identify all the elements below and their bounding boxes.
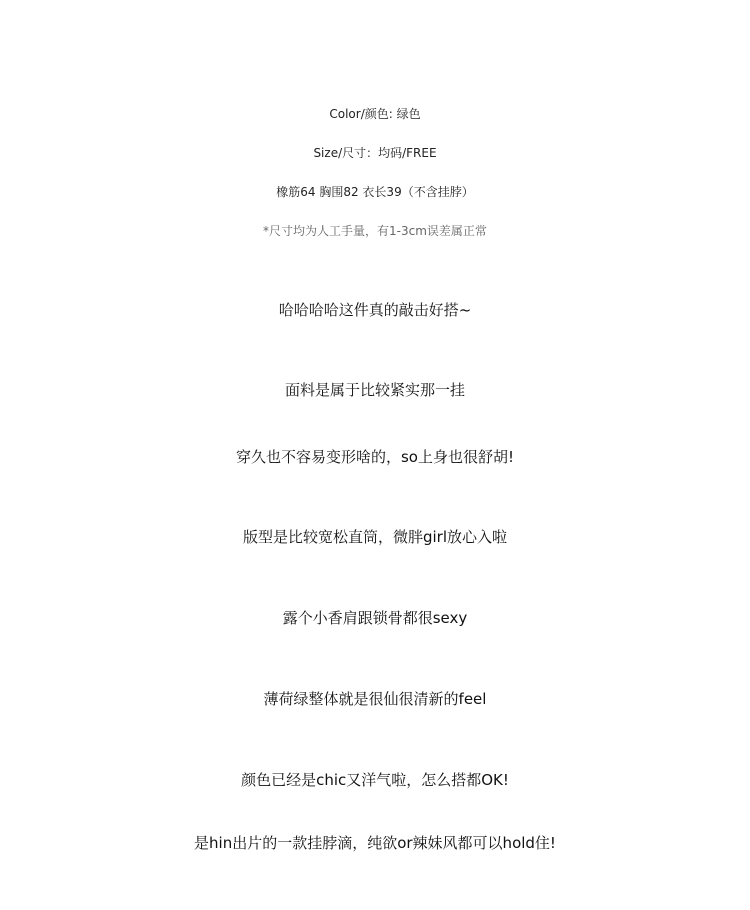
description-line: 薄荷绿整体就是很仙很清新的feel (0, 688, 750, 709)
description-line: 哈哈哈哈这件真的敲击好搭~ (0, 299, 750, 320)
description-line: 是hin出片的一款挂脖滴，纯欲or辣妹风都可以hold住! (0, 832, 750, 853)
description-line: 穿久也不容易变形啥的，so上身也很舒胡! (0, 446, 750, 467)
spec-color: Color/颜色: 绿色 (0, 105, 750, 122)
description-line: 颜色已经是chic又洋气啦，怎么搭都OK! (0, 769, 750, 790)
spec-measurement-note: *尺寸均为人工手量，有1-3cm误差属正常 (0, 222, 750, 239)
spec-size: Size/尺寸：均码/FREE (0, 144, 750, 161)
description-line: 版型是比较宽松直筒，微胖girl放心入啦 (0, 526, 750, 547)
description-line: 露个小香肩跟锁骨都很sexy (0, 607, 750, 628)
spec-measurements: 橡筋64 胸围82 衣长39（不含挂脖） (0, 183, 750, 200)
description-line: 面料是属于比较紧实那一挂 (0, 379, 750, 400)
